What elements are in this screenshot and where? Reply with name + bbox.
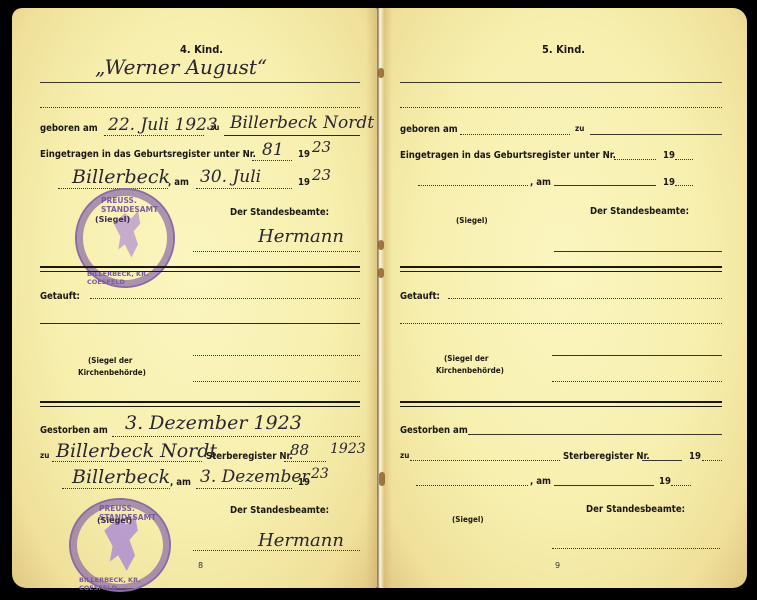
- church-seal-label-2: Kirchenbehörde): [78, 368, 146, 377]
- book-spine: [366, 8, 392, 588]
- register-number: 81: [262, 140, 284, 160]
- section-divider: [400, 401, 722, 407]
- signature-line: [193, 251, 360, 252]
- am-label: , am: [168, 177, 189, 188]
- registered-label: Eingetragen in das Geburtsregister unter…: [40, 149, 256, 160]
- born-place-line: [590, 134, 722, 135]
- stamp-seal-label: (Siegel): [95, 215, 130, 224]
- civil-registry-stamp: PREUSS. STANDESAMT (Siegel) BILLERBECK, …: [75, 188, 175, 288]
- church-seal-label-1: (Siegel der: [88, 356, 132, 365]
- death-registered-date: 3. Dezember: [200, 467, 310, 487]
- death-place-line: [416, 485, 528, 486]
- born-place-line: [224, 135, 360, 136]
- born-label: geboren am: [400, 124, 458, 135]
- baptized-line-2: [400, 323, 722, 324]
- signature-line: [554, 251, 722, 252]
- registered-label: Eingetragen in das Geburtsregister unter…: [400, 150, 616, 161]
- church-line-1: [193, 355, 360, 356]
- died-label: Gestorben am: [400, 425, 468, 436]
- born-place: Billerbeck Nordt: [230, 113, 374, 133]
- died-label: Gestorben am: [40, 425, 108, 436]
- baptized-label: Getauft:: [40, 291, 80, 302]
- died-place-line: [410, 460, 560, 461]
- church-line-2: [552, 381, 722, 382]
- death-register-year-line: [702, 460, 722, 461]
- death-signature-line: [552, 548, 720, 549]
- death-register-number: 88: [290, 441, 309, 459]
- death-signature-line: [193, 550, 360, 551]
- born-place-label: zu: [575, 124, 584, 133]
- page-number-right: 9: [555, 561, 560, 570]
- name-line-2: [40, 107, 360, 108]
- stamp-bottom-text: BILLERBECK, KR. COESFELD: [87, 270, 173, 286]
- year-prefix: 19: [298, 149, 310, 160]
- stain: [379, 472, 385, 486]
- died-date: 3. Dezember 1923: [125, 412, 302, 434]
- registrar-label: Der Standesbeamte:: [230, 207, 329, 218]
- death-register-number-line: [284, 461, 326, 462]
- baptized-line-1: [90, 298, 360, 299]
- stamp-bottom-text: BILLERBECK, KR. COESFELD: [79, 576, 169, 592]
- baptized-line-1: [448, 298, 722, 299]
- death-am-label: , am: [530, 476, 551, 487]
- registration-place: Billerbeck: [72, 166, 170, 188]
- death-registration-place: Billerbeck: [72, 466, 170, 488]
- civil-registry-stamp-2: PREUSS. STANDESAMT (Siegel) BILLERBECK, …: [69, 498, 171, 592]
- registered-date: 30. Juli: [200, 167, 261, 187]
- child-heading-5: 5. Kind.: [542, 43, 585, 56]
- died-place-label: zu: [400, 451, 409, 460]
- born-label: geboren am: [40, 123, 98, 134]
- died-date-line: [468, 434, 722, 435]
- registered-year-line: [675, 185, 693, 186]
- death-registrar-signature: Hermann: [258, 530, 344, 551]
- year-prefix: 19: [663, 150, 675, 161]
- section-divider: [40, 401, 360, 407]
- registrar-signature: Hermann: [258, 226, 344, 247]
- section-divider: [40, 266, 360, 272]
- year-prefix-3: 19: [689, 451, 701, 462]
- name-line-2: [400, 107, 722, 108]
- death-registered-date-line: [554, 485, 654, 486]
- death-registrar-label: Der Standesbeamte:: [586, 504, 685, 515]
- year-prefix-3: 19: [298, 477, 310, 488]
- year-prefix-4: 19: [659, 476, 671, 487]
- died-place: Billerbeck Nordt: [56, 440, 217, 462]
- death-register-number-line: [642, 460, 682, 461]
- death-seal-label: (Siegel): [452, 515, 484, 524]
- baptized-line-2: [40, 323, 360, 324]
- stamp-top-text: PREUSS. STANDESAMT: [101, 196, 173, 214]
- register-number-line: [252, 160, 292, 161]
- stain: [378, 68, 384, 78]
- church-seal-label-1: (Siegel der: [444, 354, 488, 363]
- death-registered-year: 23: [311, 466, 329, 482]
- church-line-1: [552, 355, 722, 356]
- registrar-label: Der Standesbeamte:: [590, 206, 689, 217]
- death-am-label: , am: [170, 477, 191, 488]
- death-registered-date-line: [196, 488, 292, 489]
- death-register-label: Sterberegister Nr.: [563, 451, 650, 462]
- death-place-line: [62, 488, 170, 489]
- registered-year: 23: [312, 166, 331, 184]
- church-seal-label-2: Kirchenbehörde): [436, 366, 504, 375]
- died-date-line: [112, 436, 360, 437]
- death-register-year: 1923: [330, 441, 366, 457]
- stamp-seal-label: (Siegel): [97, 516, 132, 525]
- born-date-line: [104, 135, 204, 136]
- name-line-1: [40, 82, 360, 83]
- died-place-line: [52, 461, 202, 462]
- born-date: 22. Juli 1923: [108, 115, 218, 135]
- born-place-label: zu: [210, 123, 219, 132]
- year-prefix-2: 19: [298, 177, 310, 188]
- register-number-line: [614, 159, 656, 160]
- register-year-line: [675, 159, 693, 160]
- year-prefix-2: 19: [663, 177, 675, 188]
- am-label: , am: [530, 177, 551, 188]
- seal-label: (Siegel): [456, 216, 488, 225]
- church-line-2: [193, 381, 360, 382]
- registration-place-line: [418, 185, 528, 186]
- death-register-label: Sterberegister Nr.: [206, 451, 293, 462]
- death-registered-year-line: [671, 485, 691, 486]
- page-number-left: 8: [198, 561, 203, 570]
- stain: [378, 240, 384, 250]
- died-place-label: zu: [40, 451, 49, 460]
- section-divider: [400, 266, 722, 272]
- child-name-handwritten: „Werner August“: [95, 55, 267, 79]
- register-year: 23: [312, 138, 331, 156]
- stain: [378, 268, 384, 278]
- registered-date-line: [554, 185, 656, 186]
- born-date-line: [460, 134, 570, 135]
- baptized-label: Getauft:: [400, 291, 440, 302]
- name-line-1: [400, 82, 722, 83]
- death-registrar-label: Der Standesbeamte:: [230, 505, 329, 516]
- registered-date-line: [196, 188, 292, 189]
